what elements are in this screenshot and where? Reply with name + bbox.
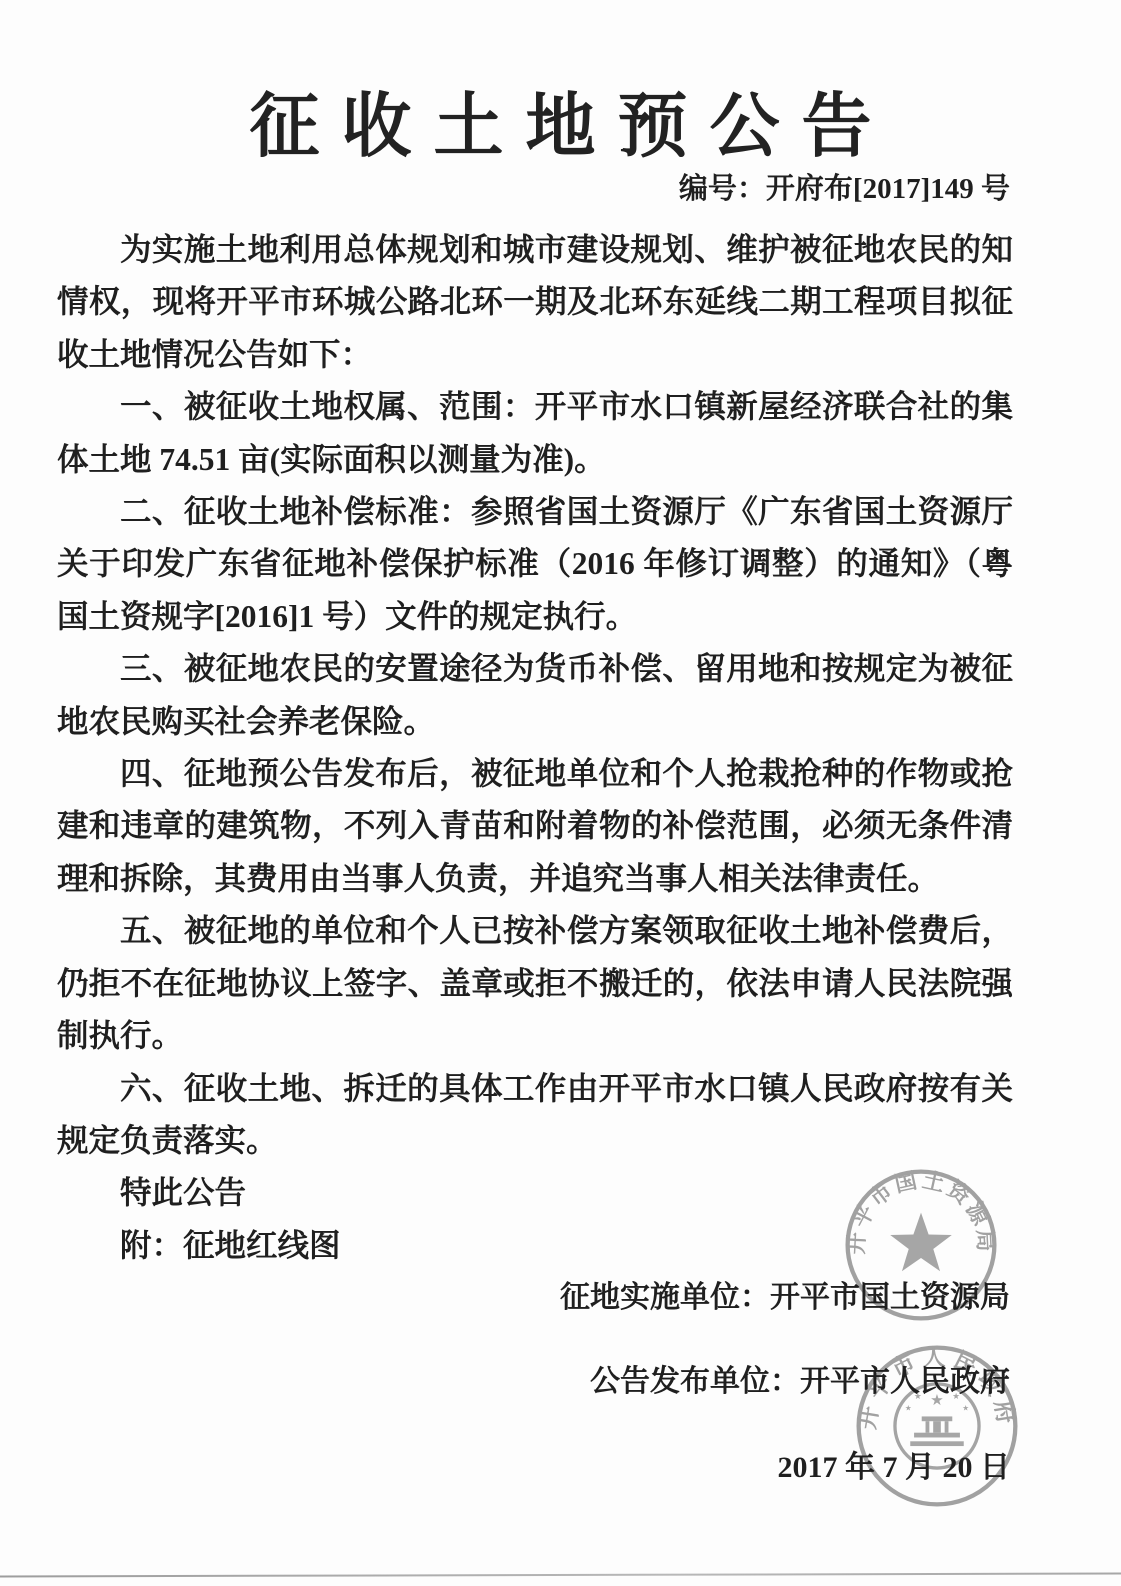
svg-text:★: ★: [905, 1404, 912, 1413]
svg-text:★: ★: [962, 1404, 969, 1413]
announcement-document: 征收土地预公告 编号：开府布[2017]149 号 为实施土地利用总体规划和城市…: [0, 0, 1121, 1586]
attachment-note: 附：征地红线图: [57, 1220, 1013, 1272]
implementing-unit-line: 征地实施单位：开平市国土资源局: [560, 1272, 1010, 1316]
issuing-unit-line: 公告发布单位：开平市人民政府: [590, 1356, 1010, 1400]
scan-artifact-line: [0, 1573, 1121, 1578]
clause-1: 一、被征收土地权属、范围：开平市水口镇新屋经济联合社的集体土地 74.51 亩(…: [57, 381, 1013, 486]
closing-statement: 特此公告: [57, 1167, 1013, 1219]
document-body: 为实施土地利用总体规划和城市建设规划、维护被征地农民的知情权，现将开平市环城公路…: [57, 224, 1013, 1272]
clause-2: 二、征收土地补偿标准：参照省国土资源厅《广东省国土资源厅关于印发广东省征地补偿保…: [57, 486, 1013, 643]
issue-date: 2017 年 7 月 20 日: [778, 1442, 1011, 1486]
clause-3: 三、被征地农民的安置途径为货币补偿、留用地和按规定为被征地农民购买社会养老保险。: [57, 643, 1013, 748]
clause-4: 四、征地预公告发布后，被征地单位和个人抢栽抢种的作物或抢建和违章的建筑物，不列入…: [57, 748, 1013, 905]
clause-6: 六、征收土地、拆迁的具体工作由开平市水口镇人民政府按有关规定负责落实。: [57, 1063, 1013, 1168]
document-number: 编号：开府布[2017]149 号: [679, 166, 1010, 207]
intro-paragraph: 为实施土地利用总体规划和城市建设规划、维护被征地农民的知情权，现将开平市环城公路…: [57, 224, 1013, 381]
document-title: 征收土地预公告: [0, 70, 1121, 171]
clause-5: 五、被征地的单位和个人已按补偿方案领取征收土地补偿费后，仍拒不在征地协议上签字、…: [57, 905, 1013, 1062]
